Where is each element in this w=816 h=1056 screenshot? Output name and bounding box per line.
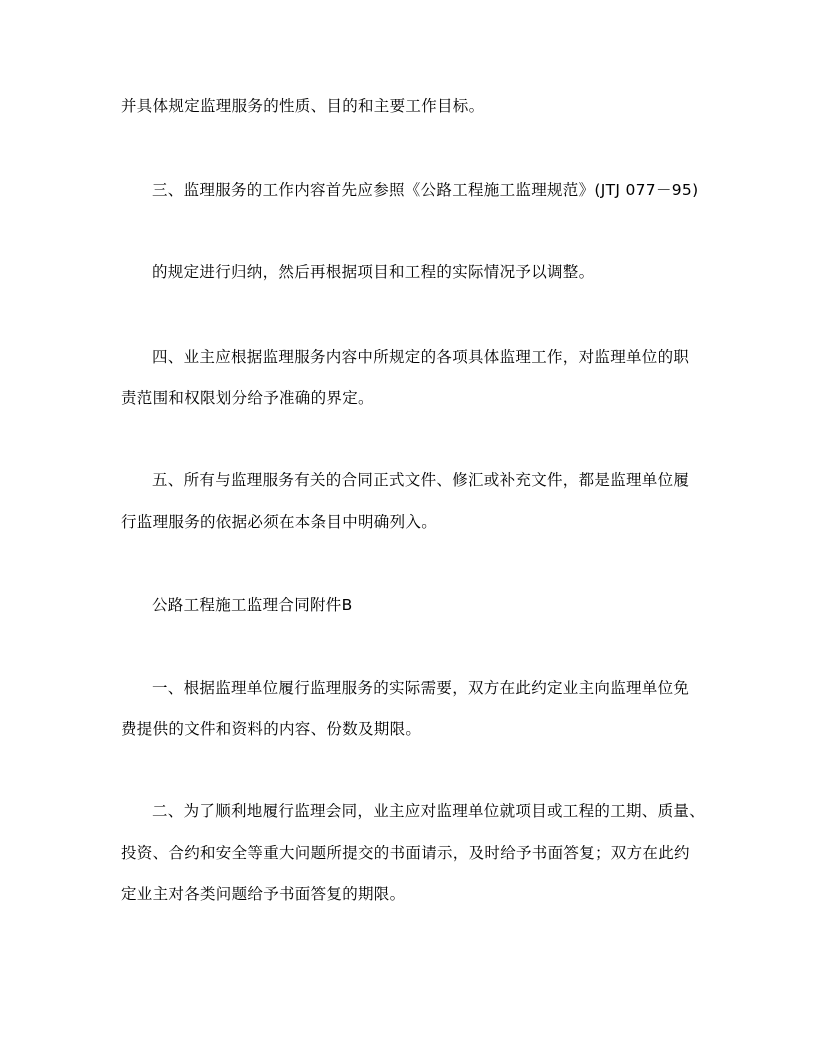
- paragraph-line: 四、业主应根据监理服务内容中所规定的各项具体监理工作，对监理单位的职: [152, 347, 689, 367]
- section-heading: 公路工程施工监理合同附件B: [152, 595, 353, 615]
- paragraph-line: 二、为了顺利地履行监理会同，业主应对监理单位就项目或工程的工期、质量、: [152, 801, 705, 821]
- paragraph-line: 定业主对各类问题给予书面答复的期限。: [121, 884, 405, 904]
- paragraph-line: 行监理服务的依据必须在本条目中明确列入。: [121, 512, 437, 532]
- paragraph-line: 并具体规定监理服务的性质、目的和主要工作目标。: [121, 96, 484, 116]
- paragraph-line: 的规定进行归纳，然后再根据项目和工程的实际情况予以调整。: [152, 262, 594, 282]
- paragraph-line: 责范围和权限划分给予准确的界定。: [121, 388, 374, 408]
- paragraph-line: 五、所有与监理服务有关的合同正式文件、修汇或补充文件，都是监理单位履: [152, 470, 689, 490]
- paragraph-line: 三、监理服务的工作内容首先应参照《公路工程施工监理规范》(JTJ 077－95): [152, 180, 698, 200]
- paragraph-line: 一、根据监理单位履行监理服务的实际需要，双方在此约定业主向监理单位免: [152, 678, 689, 698]
- paragraph-line: 费提供的文件和资料的内容、份数及期限。: [121, 719, 421, 739]
- paragraph-line: 投资、合约和安全等重大问题所提交的书面请示，及时给予书面答复；双方在此约: [121, 843, 690, 863]
